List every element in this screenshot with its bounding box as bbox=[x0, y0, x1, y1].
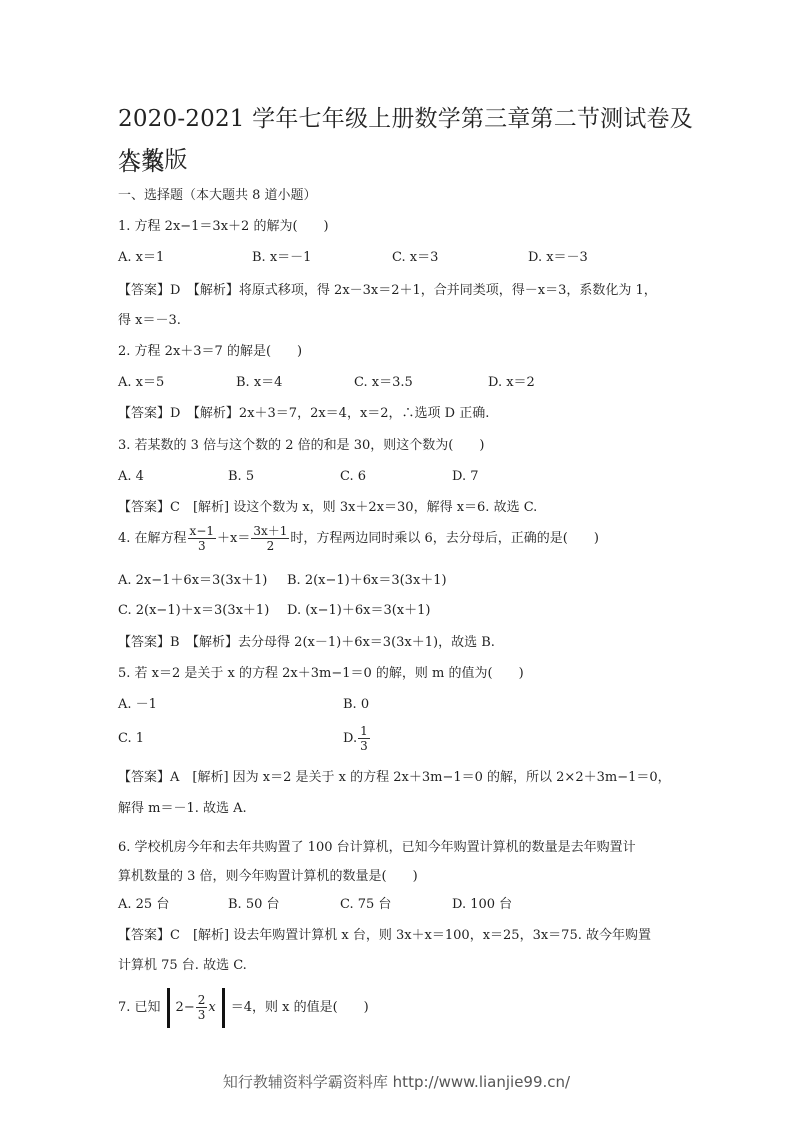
q5-option-a: A. －1 bbox=[118, 696, 157, 714]
q1-option-a: A. x＝1 bbox=[118, 249, 164, 267]
q2-option-c: C. x＝3.5 bbox=[354, 374, 413, 392]
q6-option-c: C. 75 台 bbox=[340, 896, 391, 914]
q2-option-d: D. x＝2 bbox=[488, 374, 535, 392]
q2-option-a: A. x＝5 bbox=[118, 374, 164, 392]
q4-answer-line-1: 【答案】B 【解析】去分母得 2(x－1)＋6x＝3(3x＋1)，故选 B. bbox=[118, 634, 495, 652]
q6-answer-line-1: 【答案】C [解析] 设去年购置计算机 x 台，则 3x＋x＝100，x＝25，… bbox=[118, 927, 651, 945]
q4-option-c: C. 2(x−1)＋x＝3(3x＋1) bbox=[118, 602, 269, 620]
q2-option-b: B. x＝4 bbox=[236, 374, 282, 392]
q4-fraction-2: 3x＋12 bbox=[251, 524, 289, 553]
question-5-stem: 5. 若 x＝2 是关于 x 的方程 2x＋3m−1＝0 的解，则 m 的值为(… bbox=[118, 665, 524, 683]
q5-option-c: C. 1 bbox=[118, 730, 144, 748]
q5-option-d: D.13 bbox=[343, 719, 371, 759]
q1-answer-line-2: 得 x＝－3. bbox=[118, 312, 181, 330]
question-4-stem: 4. 在解方程x−13＋x＝3x＋12时，方程两边同时乘以 6，去分母后，正确的… bbox=[118, 523, 599, 555]
q4-option-b: B. 2(x−1)＋6x＝3(3x＋1) bbox=[287, 572, 447, 590]
question-6-stem-line-1: 6. 学校机房今年和去年共购置了 100 台计算机，已知今年购置计算机的数量是去… bbox=[118, 839, 636, 857]
q3-option-d: D. 7 bbox=[452, 468, 479, 486]
q5-answer-line-1: 【答案】A [解析] 因为 x＝2 是关于 x 的方程 2x＋3m−1＝0 的解… bbox=[118, 769, 671, 787]
q1-option-d: D. x＝－3 bbox=[528, 249, 588, 267]
q4-stem-mid: ＋x＝ bbox=[217, 531, 250, 546]
q4-fraction-1: x−13 bbox=[188, 524, 216, 553]
q6-option-d: D. 100 台 bbox=[452, 896, 512, 914]
document-title-line-2: 人教版 bbox=[118, 138, 698, 182]
footer-watermark: 知行教辅资料学霸资料库 http://www.lianjie99.cn/ bbox=[0, 1071, 793, 1092]
section-heading: 一、选择题（本大题共 8 道小题） bbox=[118, 187, 317, 205]
q4-stem-prefix: 4. 在解方程 bbox=[118, 531, 187, 546]
q5-option-d-fraction: 13 bbox=[358, 724, 370, 753]
q3-option-b: B. 5 bbox=[228, 468, 254, 486]
q1-option-b: B. x＝－1 bbox=[252, 249, 311, 267]
q4-option-d: D. (x−1)＋6x＝3(x＋1) bbox=[287, 602, 430, 620]
q6-answer-line-2: 计算机 75 台. 故选 C. bbox=[118, 957, 247, 975]
question-6-stem-line-2: 算机数量的 3 倍，则今年购置计算机的数量是( ) bbox=[118, 868, 418, 886]
question-7-stem: 7. 已知2−23x＝4，则 x 的值是( ) bbox=[118, 986, 369, 1030]
q7-stem-prefix: 7. 已知 bbox=[118, 1000, 161, 1015]
q7-absolute-value: 2−23x bbox=[167, 988, 225, 1028]
q7-fraction: 23 bbox=[196, 993, 208, 1022]
q1-answer-line-1: 【答案】D 【解析】将原式移项，得 2x－3x＝2＋1，合并同类项，得－x＝3，… bbox=[118, 282, 657, 300]
q7-stem-suffix: ＝4，则 x 的值是( ) bbox=[231, 1000, 369, 1015]
q3-answer-line-1: 【答案】C [解析] 设这个数为 x，则 3x＋2x＝30，解得 x＝6. 故选… bbox=[118, 499, 537, 517]
question-3-stem: 3. 若某数的 3 倍与这个数的 2 倍的和是 30，则这个数为( ) bbox=[118, 437, 484, 455]
question-2-stem: 2. 方程 2x＋3＝7 的解是( ) bbox=[118, 343, 302, 361]
q3-option-c: C. 6 bbox=[340, 468, 366, 486]
q5-option-b: B. 0 bbox=[343, 696, 369, 714]
question-1-stem: 1. 方程 2x−1＝3x＋2 的解为( ) bbox=[118, 218, 329, 236]
q3-option-a: A. 4 bbox=[118, 468, 144, 486]
q5-answer-line-2: 解得 m＝－1. 故选 A. bbox=[118, 800, 247, 818]
q6-option-a: A. 25 台 bbox=[118, 896, 169, 914]
document-page: 2020-2021 学年七年级上册数学第三章第二节测试卷及答案 人教版 一、选择… bbox=[0, 0, 793, 1122]
q6-option-b: B. 50 台 bbox=[228, 896, 280, 914]
q1-option-c: C. x＝3 bbox=[392, 249, 438, 267]
q4-stem-suffix: 时，方程两边同时乘以 6，去分母后，正确的是( ) bbox=[290, 531, 599, 546]
q4-option-a: A. 2x−1＋6x＝3(3x＋1) bbox=[118, 572, 267, 590]
q2-answer-line-1: 【答案】D 【解析】2x＋3＝7，2x＝4，x＝2，∴选项 D 正确. bbox=[118, 405, 489, 423]
